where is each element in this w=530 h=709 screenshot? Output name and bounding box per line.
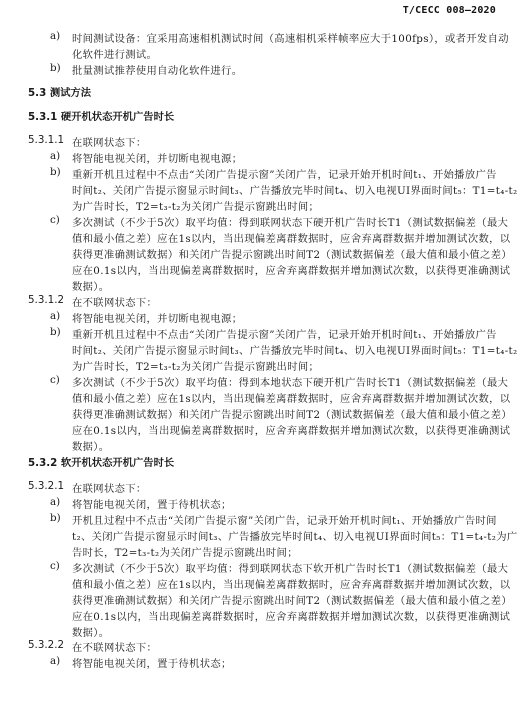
step-c-line2: 值和最小值之差）应在1s以内，当出现偏差离群数据时，应舍弃离群数据并增加测试次数… (72, 230, 510, 245)
step-c-line5: 数据）。 (72, 624, 109, 639)
list-label-b: b) (50, 326, 61, 338)
step-b-line2: t₂、关闭广告提示窗显示时间t₃、广告播放完毕时间t₄、切入电视UI界面时间t₅… (72, 528, 518, 543)
list-label-c: c) (50, 374, 60, 386)
intro-item-a-line2: 化软件进行测试。 (72, 46, 157, 61)
step-a: 将智能电视关闭，置于待机状态； (72, 496, 232, 511)
clause-number-5-3-1-1: 5.3.1.1 (28, 134, 64, 147)
clause-title-5-3-2-2: 在不联网状态下： (72, 639, 157, 654)
step-b-line2: 时间t₂、关闭广告提示窗显示时间t₃、广告播放完毕时间t₄、切入电视UI界面时间… (72, 342, 518, 357)
clause-number-5-3-2-2: 5.3.2.2 (28, 639, 64, 652)
step-b-line1: 重新开机且过程中不点击“关闭广告提示窗”关闭广告，记录开始开机时间t₁、开始播放… (72, 326, 497, 341)
step-c-line2: 值和最小值之差）应在1s以内，当出现偏差离群数据时，应舍弃离群数据并增加测试次数… (72, 576, 510, 591)
list-label-a: a) (50, 496, 60, 508)
list-label-b: b) (50, 166, 61, 178)
section-heading-5-3-2: 5.3.2 软开机状态开机广告时长 (28, 457, 174, 470)
clause-number-5-3-1-2: 5.3.1.2 (28, 294, 64, 307)
section-heading-5-3-1: 5.3.1 硬开机状态开机广告时长 (28, 111, 174, 124)
document-id-header: T/CECC 008—2020 (403, 5, 496, 16)
step-c-line3: 获得更准确测试数据）和关闭广告提示窗跳出时间T2（测试数据偏差（最大值和最小值之… (72, 246, 512, 261)
list-label-c: c) (50, 214, 60, 226)
list-label-a: a) (50, 310, 60, 322)
step-a: 将智能电视关闭，并切断电视电源； (72, 150, 242, 165)
list-label-b: b) (50, 62, 61, 74)
step-b-line1: 开机且过程中不点击“关闭广告提示窗”关闭广告，记录开始开机时间t₁、开始播放广告… (72, 512, 497, 527)
clause-title-5-3-1-1: 在联网状态下： (72, 134, 147, 149)
step-a: 将智能电视关闭，置于待机状态； (72, 655, 232, 670)
section-heading-5-3: 5.3 测试方法 (28, 87, 91, 100)
step-b-line3: 为广告时长，T2=t₃-t₂为关闭广告提示窗跳出时间； (72, 198, 319, 213)
clause-title-5-3-1-2: 在不联网状态下： (72, 294, 157, 309)
list-label-a: a) (50, 150, 60, 162)
step-c-line3: 获得更准确测试数据）和关闭广告提示窗跳出时间T2（测试数据偏差（最大值和最小值之… (72, 406, 512, 421)
step-c-line3: 获得更准确测试数据）和关闭广告提示窗跳出时间T2（测试数据偏差（最大值和最小值之… (72, 592, 512, 607)
intro-item-a-line1: 时间测试设备：宜采用高速相机测试时间（高速相机采样帧率应大于100fps），或者… (72, 30, 509, 45)
clause-number-5-3-2-1: 5.3.2.1 (28, 480, 64, 493)
step-b-line3: 为广告时长，T2=t₃-t₂为关闭广告提示窗跳出时间； (72, 358, 319, 373)
intro-item-b: 批量测试推荐使用自动化软件进行。 (72, 62, 242, 77)
step-c-line1: 多次测试（不少于5次）取平均值：得到本地状态下硬开机广告时长T1（测试数据偏差（… (72, 374, 508, 389)
list-label-b: b) (50, 512, 61, 524)
step-c-line1: 多次测试（不少于5次）取平均值：得到联网状态下软开机广告时长T1（测试数据偏差（… (72, 560, 508, 575)
list-label-a: a) (50, 655, 60, 667)
step-b-line2: 时间t₂、关闭广告提示窗显示时间t₃、广告播放完毕时间t₄、切入电视UI界面时间… (72, 182, 518, 197)
list-label-a: a) (50, 30, 60, 42)
list-label-c: c) (50, 560, 60, 572)
step-c-line5: 数据）。 (72, 278, 109, 293)
step-b-line1: 重新开机且过程中不点击“关闭广告提示窗”关闭广告，记录开始开机时间t₁、开始播放… (72, 166, 497, 181)
step-a: 将智能电视关闭，并切断电视电源； (72, 310, 242, 325)
step-c-line1: 多次测试（不少于5次）取平均值：得到联网状态下硬开机广告时长T1（测试数据偏差（… (72, 214, 508, 229)
step-c-line2: 值和最小值之差）应在1s以内，当出现偏差离群数据时，应舍弃离群数据并增加测试次数… (72, 390, 510, 405)
step-c-line5: 数据）。 (72, 438, 109, 453)
clause-title-5-3-2-1: 在联网状态下： (72, 480, 147, 495)
step-c-line4: 应在0.1s以内，当出现偏差离群数据时，应舍弃离群数据并增加测试次数，以获得更准… (72, 608, 510, 623)
step-c-line4: 应在0.1s以内，当出现偏差离群数据时，应舍弃离群数据并增加测试次数，以获得更准… (72, 262, 510, 277)
step-b-line3: 告时长，T2=t₃-t₂为关闭广告提示窗跳出时间； (72, 544, 298, 559)
step-c-line4: 应在0.1s以内，当出现偏差离群数据时，应舍弃离群数据并增加测试次数，以获得更准… (72, 422, 510, 437)
